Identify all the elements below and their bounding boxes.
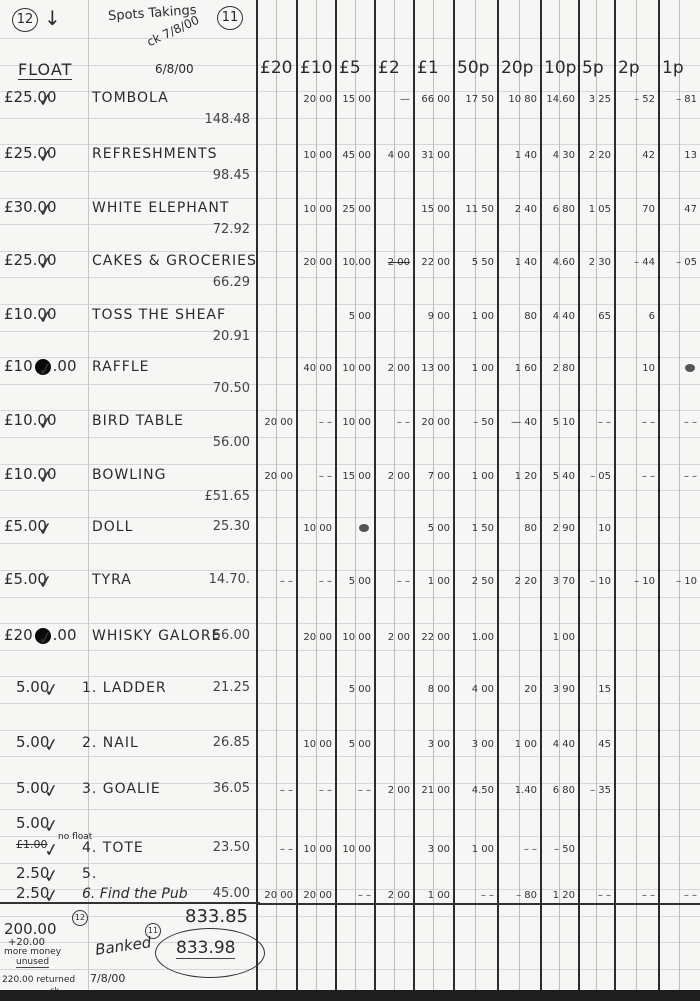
denomination-cell: – 80 [500, 890, 537, 901]
check-mark-icon: ✓ [42, 679, 61, 702]
denomination-cell: 80 [500, 311, 537, 322]
denomination-cell: 25 00 [338, 204, 371, 215]
denomination-cell: 40 00 [299, 363, 332, 374]
pence-divider [316, 0, 317, 990]
denomination-cell: – – [299, 576, 332, 587]
denomination-cell: 13 00 [416, 363, 450, 374]
denomination-cell: 10 00 [299, 739, 332, 750]
denomination-cell: – 50 [456, 417, 494, 428]
denomination-cell: 8 00 [416, 684, 450, 695]
denomination-cell: 17 50 [456, 94, 494, 105]
denomination-cell: 47 [661, 204, 697, 215]
ruled-line [0, 730, 700, 731]
denomination-cell: – 10 [661, 576, 697, 587]
column-divider [296, 0, 298, 990]
footer-rule [0, 902, 260, 904]
denomination-cell: – – [581, 890, 611, 901]
column-header: 20p [501, 58, 533, 78]
ruled-line [0, 969, 700, 970]
denomination-cell: – 10 [581, 576, 611, 587]
scan-edge [0, 990, 700, 1001]
denomination-cell: – – [377, 576, 410, 587]
denomination-cell: 1 20 [500, 471, 537, 482]
column-header: 50p [457, 58, 489, 78]
ruled-line [0, 650, 700, 651]
column-header: £20 [260, 58, 292, 78]
denomination-cell: 1 00 [416, 890, 450, 901]
denomination-cell: 66 00 [416, 94, 450, 105]
denomination-cell: 1 00 [456, 471, 494, 482]
float-note-2: unused [16, 957, 49, 968]
pence-divider [394, 0, 395, 990]
denomination-cell: 10 80 [500, 94, 537, 105]
check-mark-icon: ✓ [42, 839, 61, 862]
denomination-cell: 13 [661, 150, 697, 161]
ruled-line [0, 224, 700, 225]
denomination-cell: 10 00 [338, 632, 371, 643]
denomination-cell: – – [617, 471, 655, 482]
item-name: BIRD TABLE [92, 413, 184, 429]
item-total: 56.00 [213, 628, 250, 643]
item-name: WHISKY GALORE [92, 628, 221, 644]
denomination-cell: 6 80 [543, 204, 575, 215]
denomination-cell: 5 50 [456, 257, 494, 268]
ruled-line [0, 277, 700, 278]
column-header: £5 [339, 58, 361, 78]
column-header: £1 [417, 58, 439, 78]
denomination-cell: 5 00 [338, 576, 371, 587]
pence-divider [596, 0, 597, 990]
item-total: 20.91 [213, 329, 250, 344]
ruled-line [0, 517, 700, 518]
column-divider [540, 0, 542, 990]
denomination-cell: 2 00 [377, 363, 410, 374]
denomination-cell: 1 40 [500, 257, 537, 268]
ruled-line [0, 171, 700, 172]
denomination-cell: 10 00 [338, 844, 371, 855]
ruled-line [0, 331, 700, 332]
float-heading: FLOAT [18, 60, 72, 80]
item-name: DOLL [92, 519, 133, 535]
item-total: 25.30 [213, 519, 250, 534]
denomination-cell: 10 00 [299, 204, 332, 215]
denomination-cell: 22 00 [416, 632, 450, 643]
denomination-cell: 5 00 [416, 523, 450, 534]
item-total: 23.50 [213, 840, 250, 855]
denomination-cell: 11 50 [456, 204, 494, 215]
denomination-cell: 15 00 [338, 94, 371, 105]
sheet-date: 6/8/00 [155, 62, 194, 76]
ruled-line [0, 251, 700, 252]
down-arrow-icon: ↓ [44, 6, 61, 30]
ruled-line [0, 863, 700, 864]
denomination-cell: – 52 [617, 94, 655, 105]
ruled-line [0, 38, 700, 39]
denomination-cell: 2 00 [377, 632, 410, 643]
denomination-cell: – – [299, 471, 332, 482]
column-divider [614, 0, 616, 990]
pence-divider [475, 0, 476, 990]
footer-rule-right [256, 903, 700, 905]
column-divider [256, 0, 258, 990]
item-name: TYRA [92, 572, 132, 588]
denomination-cell: 1 40 [500, 150, 537, 161]
ruled-line [0, 597, 700, 598]
float-note-1: more money [4, 947, 61, 957]
item-name: 1. LADDER [82, 680, 167, 696]
denomination-cell: – 05 [581, 471, 611, 482]
ruled-line [0, 543, 700, 544]
ruled-line [0, 623, 700, 624]
denomination-cell: 2 00 [377, 785, 410, 796]
denomination-cell: 2 00 [377, 257, 410, 268]
ruled-line [0, 490, 700, 491]
denomination-cell: 21 00 [416, 785, 450, 796]
denomination-cell: – – [377, 417, 410, 428]
check-mark-icon: ✓ [36, 518, 55, 541]
denomination-cell: – – [299, 417, 332, 428]
column-divider [497, 0, 499, 990]
item-name: TOSS THE SHEAF [92, 307, 226, 323]
item-name: TOMBOLA [92, 90, 169, 106]
denomination-cell: 20 [500, 684, 537, 695]
column-header: £2 [378, 58, 400, 78]
column-divider [658, 0, 660, 990]
check-mark-icon: ✓ [36, 571, 55, 594]
denomination-cell: 3 00 [416, 739, 450, 750]
denomination-cell: 20 00 [259, 890, 293, 901]
ruled-line [0, 916, 700, 917]
denomination-cell: 20 00 [299, 890, 332, 901]
item-total: 56.00 [213, 435, 250, 450]
denomination-cell: 1 50 [456, 523, 494, 534]
ledger-page: 12 ↓ Spots Takings ck 7/8/00 11 6/8/00 F… [0, 0, 700, 990]
ruled-line [0, 836, 700, 837]
denomination-cell: – – [581, 417, 611, 428]
denomination-cell: 1.40 [500, 785, 537, 796]
denomination-cell: 3 25 [581, 94, 611, 105]
denomination-cell: 1 00 [416, 576, 450, 587]
denomination-cell: 45 [581, 739, 611, 750]
denomination-cell: 10 [581, 523, 611, 534]
denomination-cell: 4 00 [377, 150, 410, 161]
denomination-cell: 4.60 [543, 257, 575, 268]
page-marker-11: 11 [217, 6, 243, 30]
denomination-cell: 3 70 [543, 576, 575, 587]
denomination-cell: 10 00 [299, 523, 332, 534]
denomination-cell: 45 00 [338, 150, 371, 161]
pence-divider [559, 0, 560, 990]
denomination-cell: 3 00 [456, 739, 494, 750]
signed-date: 7/8/00 [90, 972, 125, 985]
denomination-cell: 9 00 [416, 311, 450, 322]
item-name: 4. TOTE [82, 840, 144, 856]
denomination-cell: 6 80 [543, 785, 575, 796]
denomination-cell: – 10 [617, 576, 655, 587]
denomination-cell: 1 60 [500, 363, 537, 374]
denomination-cell: – – [500, 844, 537, 855]
denomination-cell: 20 00 [416, 417, 450, 428]
pence-divider [679, 0, 680, 990]
float-total: 200.00 [4, 920, 57, 938]
denomination-cell: 15 [581, 684, 611, 695]
item-name: BOWLING [92, 467, 166, 483]
check-mark-icon: ✓ [42, 734, 61, 757]
denomination-cell: 6 [617, 311, 655, 322]
denomination-cell: 14.60 [543, 94, 575, 105]
item-name: 6. Find the Pub [82, 886, 188, 902]
denomination-cell: 3 90 [543, 684, 575, 695]
denomination-cell: 20 00 [299, 257, 332, 268]
denomination-cell: 2 30 [581, 257, 611, 268]
denomination-cell: 1 00 [456, 311, 494, 322]
denomination-cell: – – [259, 844, 293, 855]
denomination-cell: 2 80 [543, 363, 575, 374]
column-header: 1p [662, 58, 684, 78]
denomination-cell: 5 00 [338, 739, 371, 750]
denomination-cell: 10 [617, 363, 655, 374]
item-total: 21.25 [213, 680, 250, 695]
denomination-cell: 4 40 [543, 311, 575, 322]
denomination-cell: 4.50 [456, 785, 494, 796]
item-total: 66.29 [213, 275, 250, 290]
denomination-cell: 20 00 [299, 94, 332, 105]
denomination-cell [338, 523, 371, 534]
pence-divider [519, 0, 520, 990]
denomination-cell: 20 00 [299, 632, 332, 643]
denomination-cell: 5 00 [338, 684, 371, 695]
denomination-cell: 15 00 [416, 204, 450, 215]
column-divider [413, 0, 415, 990]
denomination-cell: – – [338, 785, 371, 796]
denomination-cell: 1 05 [581, 204, 611, 215]
column-divider [453, 0, 455, 990]
item-total: 98.45 [213, 168, 250, 183]
item-total: 36.05 [213, 781, 250, 796]
column-header: 5p [582, 58, 604, 78]
denomination-cell: 1 00 [456, 363, 494, 374]
item-total: 14.70. [209, 572, 250, 587]
ruled-line [0, 676, 700, 677]
denomination-cell: 80 [500, 523, 537, 534]
denomination-cell: 10 00 [299, 844, 332, 855]
denomination-cell: – – [299, 785, 332, 796]
ruled-line [0, 756, 700, 757]
denomination-cell: – 81 [661, 94, 697, 105]
item-name: 5. [82, 866, 97, 882]
denomination-cell: – – [338, 890, 371, 901]
denomination-cell: – 35 [581, 785, 611, 796]
ruled-line [0, 118, 700, 119]
denomination-cell: 10 00 [338, 363, 371, 374]
denomination-cell: — [377, 94, 410, 105]
denomination-cell: 7 00 [416, 471, 450, 482]
footer-marker-12: 12 [72, 910, 88, 926]
denomination-cell: – 05 [661, 257, 697, 268]
denomination-cell: – – [661, 417, 697, 428]
item-total: 148.48 [205, 112, 251, 127]
item-name: REFRESHMENTS [92, 146, 217, 162]
banked-amount: 833.98 [176, 938, 235, 959]
denomination-cell: — 40 [500, 417, 537, 428]
denomination-cell: 2 20 [581, 150, 611, 161]
denomination-cell: 2 00 [377, 471, 410, 482]
item-total: 26.85 [213, 735, 250, 750]
denomination-cell: 1 20 [543, 890, 575, 901]
item-name: CAKES & GROCERIES [92, 253, 257, 269]
item-name: 2. NAIL [82, 735, 139, 751]
denomination-cell: 1.00 [456, 632, 494, 643]
column-divider [578, 0, 580, 990]
denomination-cell: – – [617, 417, 655, 428]
item-name: WHITE ELEPHANT [92, 200, 229, 216]
denomination-cell: 1 00 [543, 632, 575, 643]
denomination-cell: 15 00 [338, 471, 371, 482]
column-divider [335, 0, 337, 990]
denomination-cell: 2 20 [500, 576, 537, 587]
denomination-cell: – – [661, 471, 697, 482]
denomination-cell: 42 [617, 150, 655, 161]
column-header: £10 [300, 58, 332, 78]
denomination-cell: 2 50 [456, 576, 494, 587]
ruled-line [0, 437, 700, 438]
denomination-cell: 4 30 [543, 150, 575, 161]
item-total: 45.00 [213, 886, 250, 901]
column-header: 10p [544, 58, 576, 78]
item-name: RAFFLE [92, 359, 150, 375]
column-header: 2p [618, 58, 640, 78]
denomination-cell: – – [259, 576, 293, 587]
denomination-cell: 31 00 [416, 150, 450, 161]
pence-divider [276, 0, 277, 990]
ruled-line [0, 809, 700, 810]
denomination-cell: 1 00 [456, 844, 494, 855]
ruled-line [0, 570, 700, 571]
denomination-cell: 10 00 [299, 150, 332, 161]
denomination-cell: 70 [617, 204, 655, 215]
denomination-cell: – 50 [543, 844, 575, 855]
denomination-cell: – – [259, 785, 293, 796]
ruled-line [0, 384, 700, 385]
item-total: 72.92 [213, 222, 250, 237]
denomination-cell: – – [456, 890, 494, 901]
ruled-line [0, 703, 700, 704]
grand-total: 833.85 [185, 906, 248, 927]
item-name: 3. GOALIE [82, 781, 161, 797]
denomination-cell: 2 90 [543, 523, 575, 534]
denomination-cell: 10.00 [338, 257, 371, 268]
ruled-line [0, 464, 700, 465]
denomination-cell: 2 40 [500, 204, 537, 215]
denomination-cell: 4 40 [543, 739, 575, 750]
item-total: 70.50 [213, 381, 250, 396]
denomination-cell: 20 00 [259, 471, 293, 482]
denomination-cell: – – [617, 890, 655, 901]
denomination-cell: 5 40 [543, 471, 575, 482]
denomination-cell: 5 00 [338, 311, 371, 322]
ruled-line [0, 410, 700, 411]
denomination-cell: 10 00 [338, 417, 371, 428]
column-divider [374, 0, 376, 990]
denomination-cell: 3 00 [416, 844, 450, 855]
denomination-cell: 20 00 [259, 417, 293, 428]
page-marker-12: 12 [12, 8, 38, 32]
denomination-cell: 5 10 [543, 417, 575, 428]
denomination-cell: – 44 [617, 257, 655, 268]
ruled-line [0, 198, 700, 199]
item-total: £51.65 [205, 489, 251, 504]
ruled-line [0, 304, 700, 305]
float-returned: 220.00 returned [2, 975, 75, 985]
pence-divider [355, 0, 356, 990]
pence-divider [636, 0, 637, 990]
denomination-cell: 65 [581, 311, 611, 322]
denomination-cell [661, 363, 697, 374]
denomination-cell: 1 00 [500, 739, 537, 750]
denomination-cell: 22 00 [416, 257, 450, 268]
denomination-cell: 2 00 [377, 890, 410, 901]
denomination-cell: – – [661, 890, 697, 901]
denomination-cell: 4 00 [456, 684, 494, 695]
banked-label: Banked [94, 933, 152, 959]
pence-divider [433, 0, 434, 990]
